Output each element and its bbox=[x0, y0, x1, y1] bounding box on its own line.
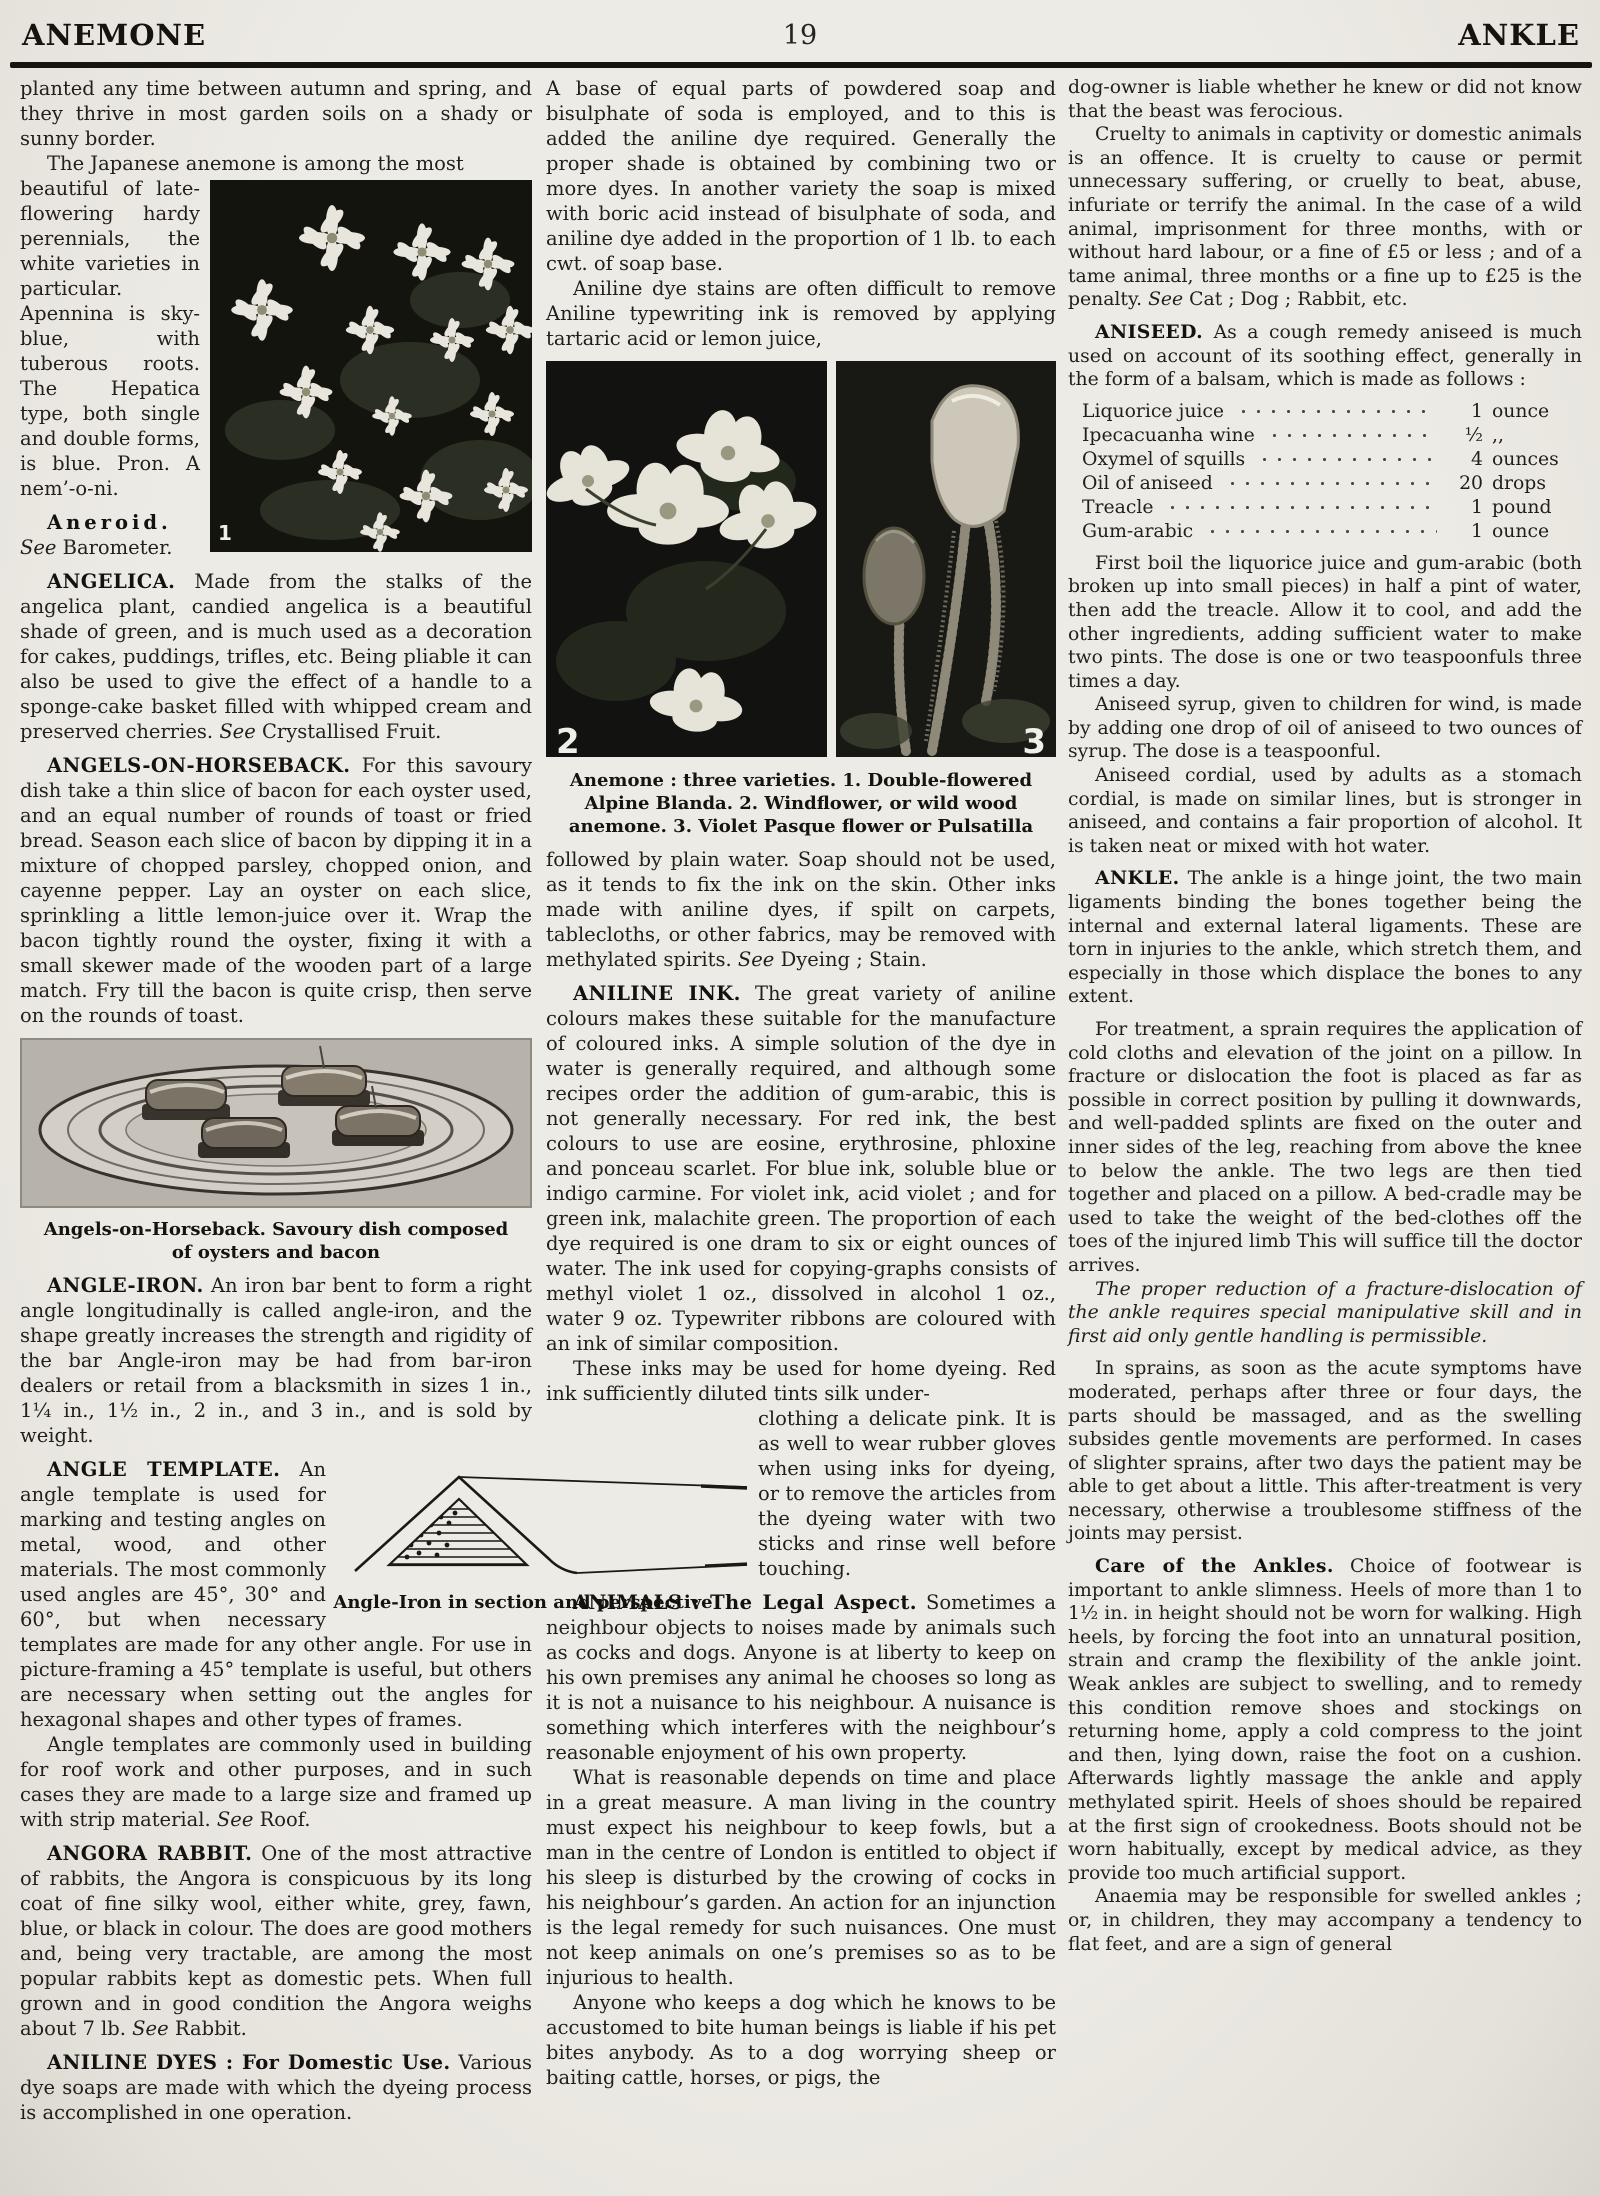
entry-animals-legal: ANIMALS : The Legal Aspect. Sometimes a … bbox=[546, 1590, 1056, 1765]
entry-angels-on-horseback: ANGELS-ON-HORSEBACK. For this savoury di… bbox=[20, 753, 532, 1028]
anemone-bed-photo bbox=[210, 180, 532, 552]
entry-headword: ANISEED. bbox=[1095, 321, 1203, 343]
entry-subheading: Care of the Ankles. bbox=[1095, 1555, 1334, 1577]
entry-headword: ANGLE TEMPLATE. bbox=[47, 1458, 280, 1481]
entry-aniline-ink: ANILINE INK. The great variety of anilin… bbox=[546, 981, 1056, 1356]
aniseed-recipe-table: Liquorice juice1ounce Ipecacuanha wine½,… bbox=[1068, 400, 1582, 544]
entry-aniseed: ANISEED. As a cough remedy aniseed is mu… bbox=[1068, 321, 1582, 392]
figure-angle-iron-anchor: Angle-Iron in section and perspective bbox=[326, 1457, 532, 1629]
column-middle: A base of equal parts of powdered soap a… bbox=[546, 76, 1056, 2090]
entry-headword: ANGELS-ON-HORSEBACK. bbox=[47, 754, 350, 777]
paragraph-dog-bite: Anyone who keeps a dog which he knows to… bbox=[546, 1990, 1056, 2090]
entry-angle-template: Angle-Iron in section and perspective AN… bbox=[20, 1457, 532, 1732]
recipe-row: Liquorice juice1ounce bbox=[1082, 400, 1580, 424]
paragraph-dye-stains: Aniline dye stains are often difficult t… bbox=[546, 276, 1056, 351]
figure-windflower: 2 bbox=[546, 361, 827, 763]
figure-anemone-varieties: 2 bbox=[546, 361, 1056, 763]
dot-leader bbox=[1203, 529, 1437, 535]
paragraph-aniseed-cordial: Aniseed cordial, used by adults as a sto… bbox=[1068, 764, 1582, 858]
recipe-row: Oxymel of squills4ounces bbox=[1082, 448, 1580, 472]
figure-angels-on-horseback: Angels-on-Horseback. Savoury dish compos… bbox=[20, 1038, 532, 1264]
angels-on-horseback-photo bbox=[20, 1038, 532, 1208]
column-right: dog-owner is liable whether he knew or d… bbox=[1068, 76, 1582, 1956]
paragraph-anaemia-ankles: Anaemia may be responsible for swelled a… bbox=[1068, 1885, 1582, 1956]
figure-number: 1 bbox=[218, 521, 232, 546]
entry-headword: ANKLE. bbox=[1095, 867, 1180, 889]
dot-leader bbox=[1265, 433, 1437, 439]
page-number: 19 bbox=[0, 20, 1600, 51]
entry-headword: ANIMALS : The Legal Aspect. bbox=[573, 1591, 917, 1614]
entry-headword: ANILINE DYES : For Domestic Use. bbox=[47, 2051, 451, 2074]
figure-anemone-bed: 1 bbox=[210, 180, 532, 552]
entry-aniline-dyes: ANILINE DYES : For Domestic Use. Various… bbox=[20, 2050, 532, 2125]
paragraph-japanese-anemone-intro: The Japanese anemone is among the most bbox=[20, 151, 532, 176]
windflower-photo bbox=[546, 361, 827, 757]
figure-number: 2 bbox=[556, 730, 580, 755]
paragraph-ankle-treatment: For treatment, a sprain requires the app… bbox=[1068, 1018, 1582, 1278]
figure-pasque-flower: 3 bbox=[836, 361, 1056, 763]
recipe-row: Oil of aniseed20drops bbox=[1082, 472, 1580, 496]
dot-leader bbox=[1223, 481, 1437, 487]
paragraph-japanese-anemone: 1 beautiful of late-flowering hardy pere… bbox=[20, 176, 532, 501]
figure-caption: Anemone : three varieties. 1. Double-flo… bbox=[546, 769, 1056, 838]
paragraph-anemone-cont: planted any time between autumn and spri… bbox=[20, 76, 532, 151]
entry-care-of-ankles: Care of the Ankles. Choice of footwear i… bbox=[1068, 1555, 1582, 1885]
entry-headword: ANGORA RABBIT. bbox=[47, 1842, 252, 1865]
entry-angora-rabbit: ANGORA RABBIT. One of the most attractiv… bbox=[20, 1841, 532, 2041]
entry-headword: Aneroid. bbox=[47, 511, 172, 534]
figure-number: 3 bbox=[1022, 730, 1046, 755]
paragraph-sprains-aftercare: In sprains, as soon as the acute symptom… bbox=[1068, 1357, 1582, 1546]
paragraph-ink-removal-cont: followed by plain water. Soap should not… bbox=[546, 847, 1056, 972]
paragraph-angle-templates-roof: Angle templates are commonly used in bui… bbox=[20, 1732, 532, 1832]
paragraph-dye-base: A base of equal parts of powdered soap a… bbox=[546, 76, 1056, 276]
column-left: planted any time between autumn and spri… bbox=[20, 76, 532, 2125]
paragraph-dog-owner-cont: dog-owner is liable whether he knew or d… bbox=[1068, 76, 1582, 123]
recipe-row: Treacle1pound bbox=[1082, 496, 1580, 520]
paragraph-home-dyeing: These inks may be used for home dyeing. … bbox=[546, 1356, 1056, 1406]
dot-leader bbox=[1255, 457, 1437, 463]
paragraph-balsam-method: First boil the liquorice juice and gum-a… bbox=[1068, 552, 1582, 694]
paragraph-ankle-warning: The proper reduction of a fracture-dislo… bbox=[1068, 1278, 1582, 1349]
dot-leader bbox=[1163, 505, 1437, 511]
entry-headword: ANGELICA. bbox=[47, 570, 175, 593]
paragraph-what-is-reasonable: What is reasonable depends on time and p… bbox=[546, 1765, 1056, 1990]
entry-ankle: ANKLE. The ankle is a hinge joint, the t… bbox=[1068, 867, 1582, 1009]
entry-angle-iron: ANGLE-IRON. An iron bar bent to form a r… bbox=[20, 1273, 532, 1448]
header-rule bbox=[10, 62, 1592, 68]
pasque-flower-photo bbox=[836, 361, 1056, 757]
entry-headword: ANGLE-IRON. bbox=[47, 1274, 204, 1297]
recipe-row: Gum-arabic1ounce bbox=[1082, 520, 1580, 544]
paragraph-aniseed-syrup: Aniseed syrup, given to children for win… bbox=[1068, 693, 1582, 764]
entry-angelica: ANGELICA. Made from the stalks of the an… bbox=[20, 569, 532, 744]
entry-headword: ANILINE INK. bbox=[573, 982, 741, 1005]
dot-leader bbox=[1234, 409, 1437, 415]
paragraph-cruelty: Cruelty to animals in captivity or domes… bbox=[1068, 123, 1582, 312]
recipe-row: Ipecacuanha wine½,, bbox=[1082, 424, 1580, 448]
figure-caption: Angels-on-Horseback. Savoury dish compos… bbox=[38, 1218, 514, 1264]
paragraph-home-dyeing-wrap: clothing a delicate pink. It is as well … bbox=[546, 1406, 1056, 1581]
encyclopedia-page: ANEMONE 19 ANKLE planted any time betwee… bbox=[0, 0, 1600, 2196]
running-head-right: ANKLE bbox=[1458, 18, 1580, 52]
